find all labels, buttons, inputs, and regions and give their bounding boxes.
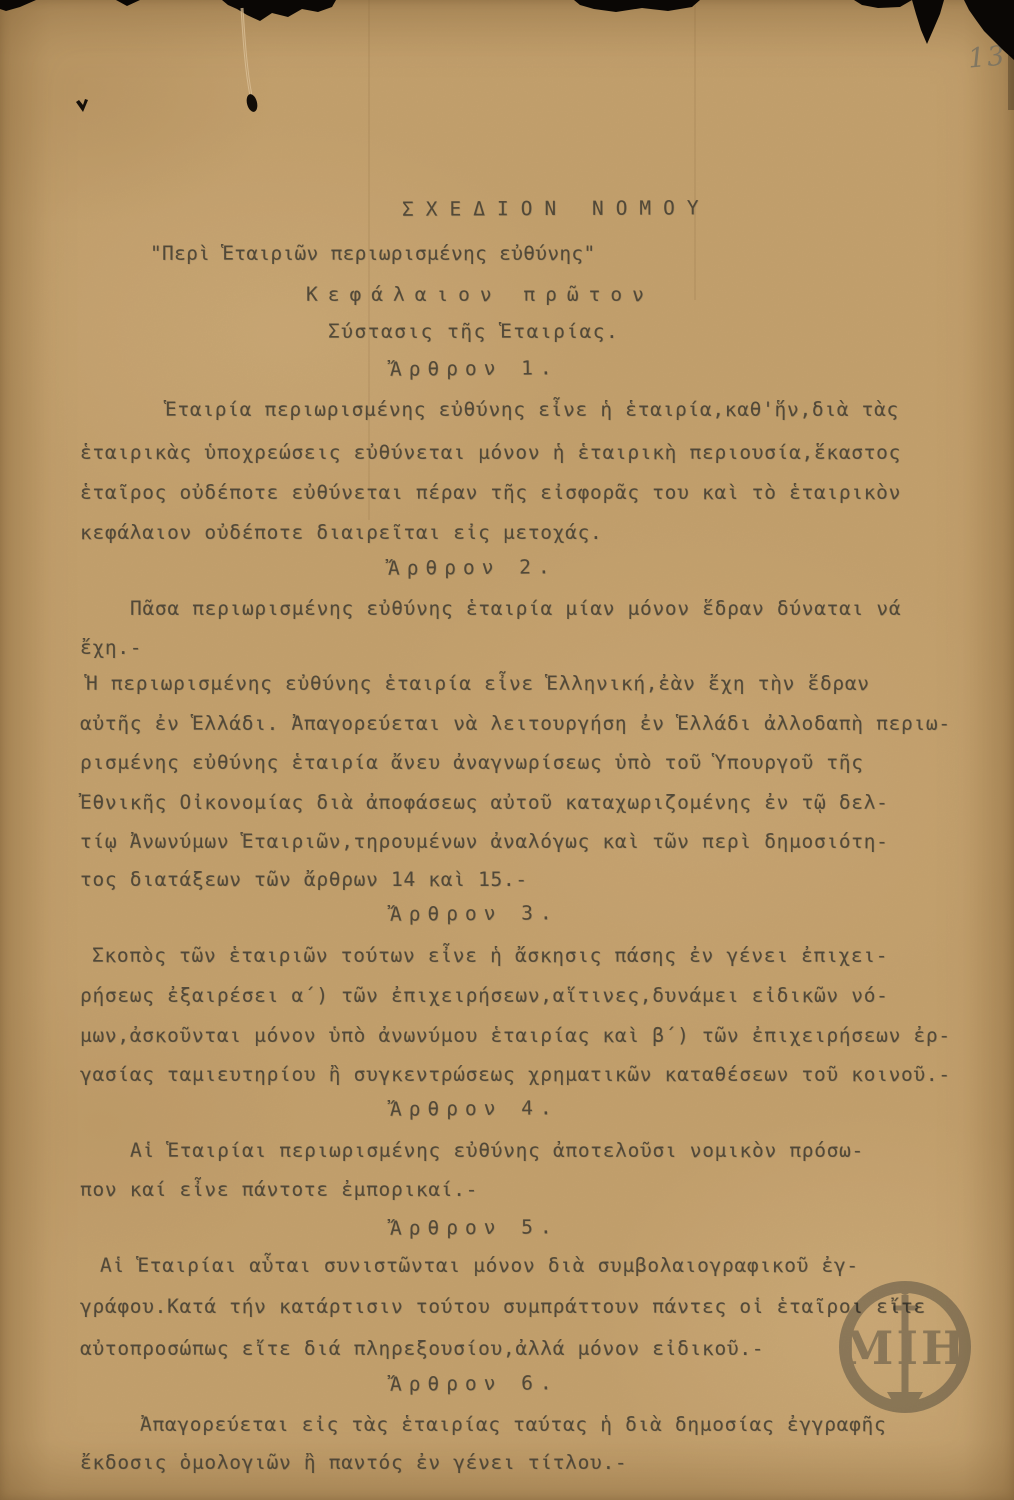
- scanned-document-page: ΣΧΕΔΙΟΝ ΝΟΜΟΥ "Περὶ Ἑταιριῶν περιωρισμέν…: [0, 0, 1014, 1500]
- torn-edges: [0, 0, 1014, 1500]
